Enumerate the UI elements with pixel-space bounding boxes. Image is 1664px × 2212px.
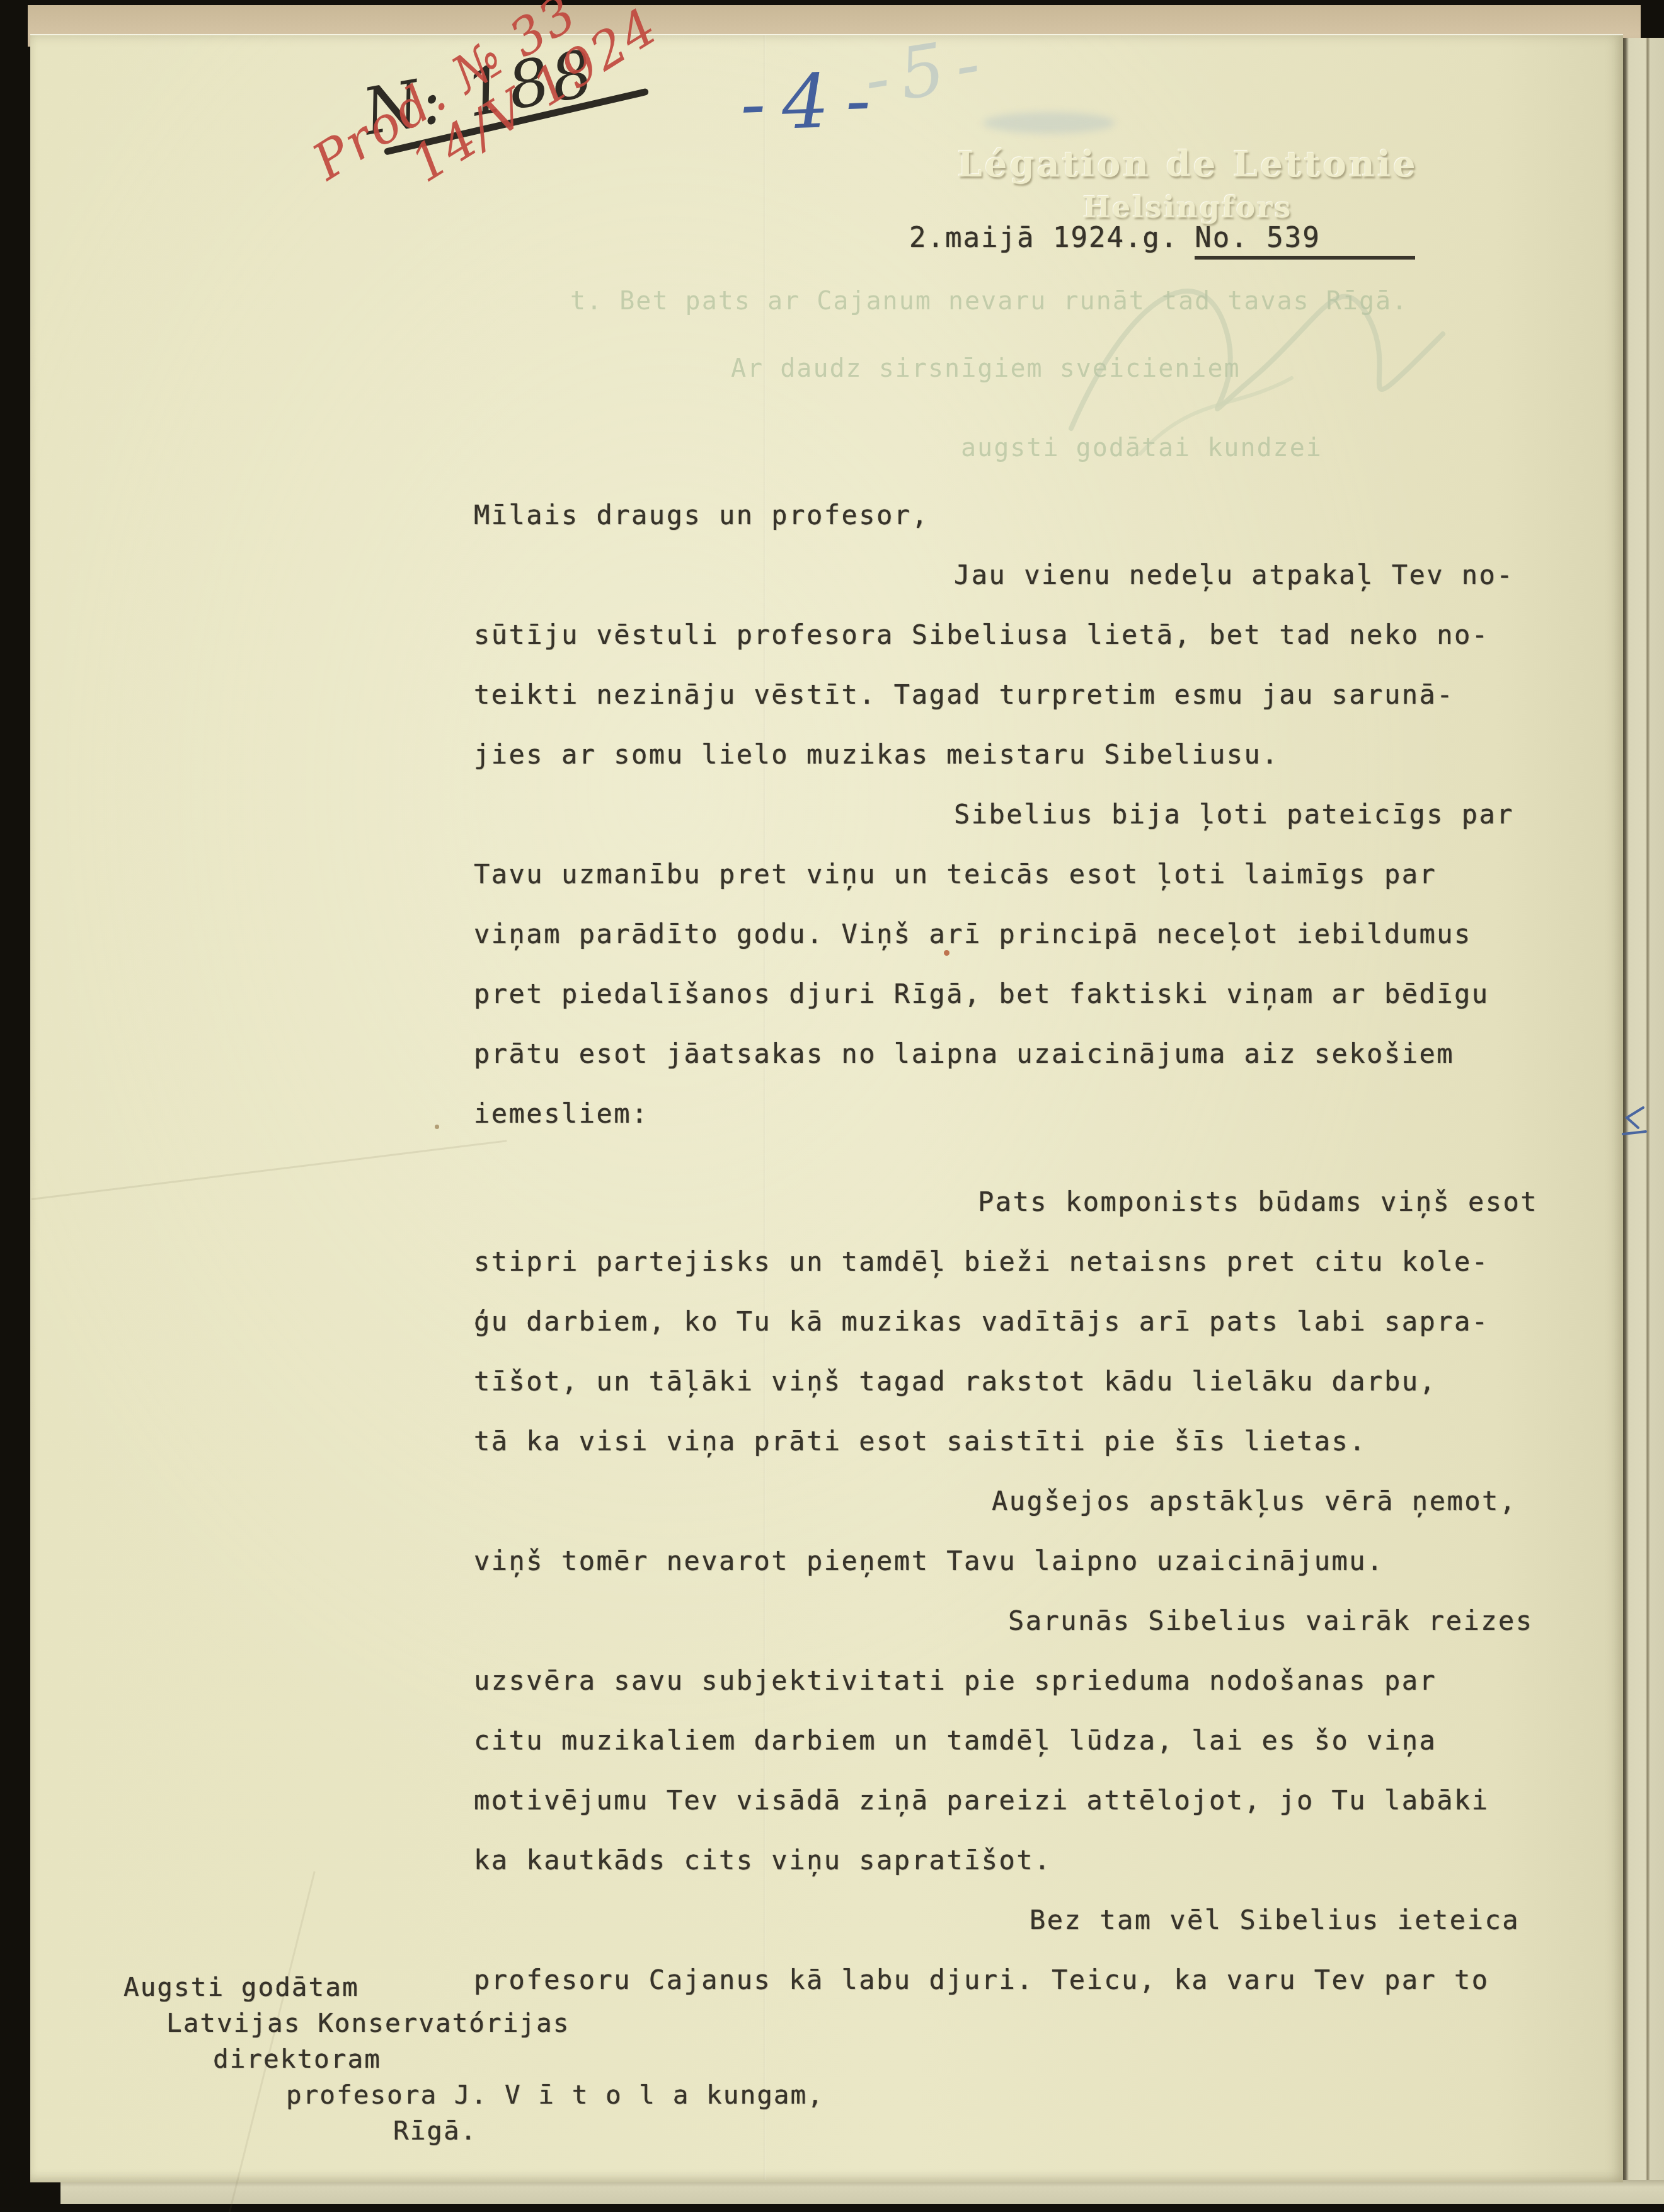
body-line: tīšot, un tāļāki viņš tagad rakstot kādu… [474, 1351, 1532, 1411]
margin-arrow-mark [1622, 1104, 1650, 1139]
recipient-line: direktoram [213, 2041, 824, 2077]
body-line: stipri partejisks un tamdēļ bieži netais… [474, 1232, 1532, 1292]
body-line: Bez tam vēl Sibelius ieteica [1030, 1890, 1532, 1950]
body-line: ģu darbiem, ko Tu kā muzikas vadītājs ar… [474, 1292, 1532, 1351]
body-line: viņš tomēr nevarot pieņemt Tavu laipno u… [474, 1531, 1532, 1591]
letterhead-organization: Légation de Lettonie [945, 144, 1430, 185]
body-line: jies ar somu lielo muzikas meistaru Sibe… [474, 725, 1532, 784]
paper-speck [435, 1125, 439, 1129]
body-line: Tavu uzmanību pret viņu un teicās esot ļ… [474, 844, 1532, 904]
reference-number: No. 539 [1195, 222, 1414, 260]
letter-body: Mīlais draugs un profesor, Jau vienu ned… [474, 485, 1532, 2010]
embossed-letterhead: Légation de Lettonie Helsingfors [945, 144, 1430, 224]
body-line: motivējumu Tev visādā ziņā pareizi attēl… [474, 1770, 1532, 1830]
recipient-line: profesora J. V ī t o l a kungam, [286, 2077, 824, 2113]
body-line: viņam parādīto godu. Viņš arī principā n… [474, 904, 1532, 964]
paper-speck [944, 950, 950, 956]
body-line: teikti nezināju vēstīt. Tagad turpretim … [474, 665, 1532, 725]
body-line: citu muzikaliem darbiem un tamdēļ lūdza,… [474, 1711, 1532, 1770]
letterhead-city: Helsingfors [945, 190, 1430, 224]
body-line: pret piedalīšanos djuri Rīgā, bet faktis… [474, 964, 1532, 1024]
body-line: Augšejos apstākļus vērā ņemot, [992, 1471, 1532, 1531]
body-line: uzsvēra savu subjektivitati pie spriedum… [474, 1651, 1532, 1711]
body-line: tā ka visi viņa prāti esot saistīti pie … [474, 1411, 1532, 1471]
body-line: Sibelius bija ļoti pateicīgs par [954, 784, 1532, 844]
body-line: iemesliem: [474, 1084, 1532, 1143]
body-line: Sarunās Sibelius vairāk reizes [1008, 1591, 1532, 1651]
body-line: ka kautkāds cits viņu sapratīšot. [474, 1830, 1532, 1890]
dateline: 2.maijā 1924.g.No. 539 [909, 222, 1415, 254]
pencil-smudge [983, 112, 1115, 134]
body-line: prātu esot jāatsakas no laipna uzaicināj… [474, 1024, 1532, 1084]
paper-crease [32, 1140, 507, 1200]
salutation: Mīlais draugs un profesor, [474, 485, 1532, 545]
letter-date: 2.maijā 1924.g. [909, 222, 1178, 254]
body-line: sūtīju vēstuli profesora Sibeliusa lietā… [474, 605, 1532, 665]
recipient-line: Augsti godātam [123, 1969, 824, 2005]
recipient-line: Latvijas Konservatórijas [166, 2005, 824, 2041]
body-line: Pats komponists būdams viņš esot [978, 1172, 1532, 1232]
recipient-address: Augsti godātam Latvijas Konservatórijas … [123, 1969, 824, 2149]
archival-scan: { "annotations": { "registry_number": "N… [0, 0, 1664, 2212]
recipient-line: Rīgā. [393, 2113, 824, 2149]
underlying-sheet-bottom-edge [60, 2180, 1664, 2204]
body-line: Jau vienu nedeļu atpakaļ Tev no- [954, 545, 1532, 605]
